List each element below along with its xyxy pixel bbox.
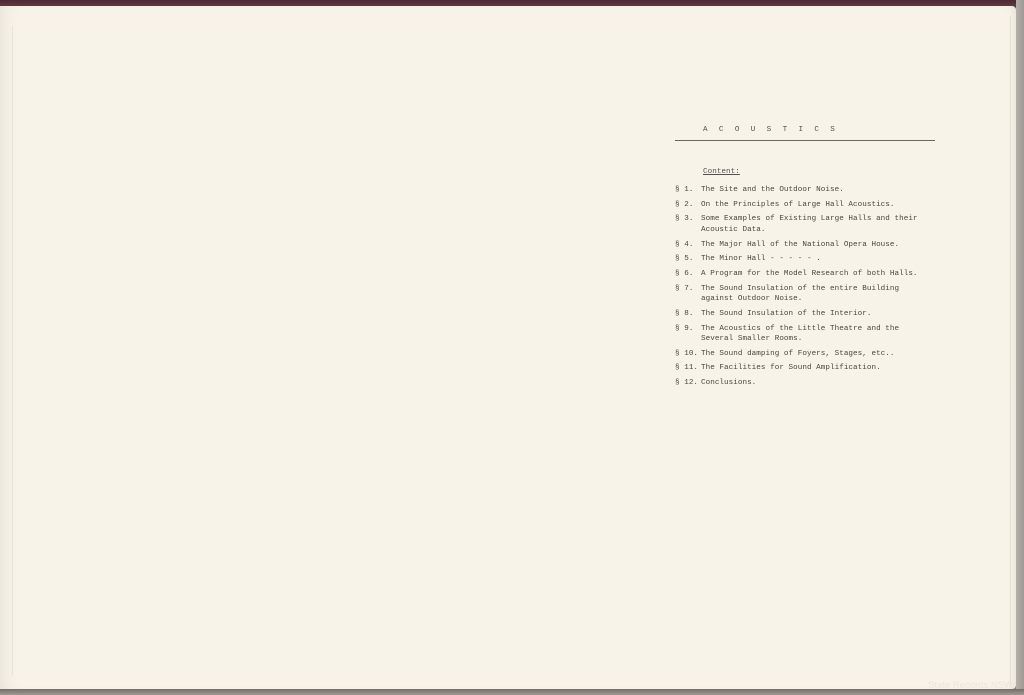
- toc-section-title: The Facilities for Sound Amplification.: [701, 363, 935, 374]
- toc-section-number: § 4.: [675, 240, 701, 251]
- toc-section-number: § 8.: [675, 309, 701, 320]
- toc-section-title: The Sound Insulation of the entire Build…: [701, 284, 935, 305]
- toc-section-title: The Acoustics of the Little Theatre and …: [701, 324, 935, 345]
- toc-item: § 8.The Sound Insulation of the Interior…: [675, 309, 935, 320]
- toc-item: § 11.The Facilities for Sound Amplificat…: [675, 363, 935, 374]
- toc-section-number: § 2.: [675, 200, 701, 211]
- toc-section-number: § 12.: [675, 378, 701, 389]
- toc-section-title: The Major Hall of the National Opera Hou…: [701, 240, 935, 251]
- toc-section-title: The Sound damping of Foyers, Stages, etc…: [701, 349, 935, 360]
- toc-section-number: § 1.: [675, 185, 701, 196]
- toc-item: § 3.Some Examples of Existing Large Hall…: [675, 214, 935, 235]
- toc-section-title: Some Examples of Existing Large Halls an…: [701, 214, 935, 235]
- toc-item: § 1.The Site and the Outdoor Noise.: [675, 185, 935, 196]
- page-fold-line: [12, 26, 13, 676]
- toc-section-number: § 6.: [675, 269, 701, 280]
- toc-item: § 10.The Sound damping of Foyers, Stages…: [675, 349, 935, 360]
- toc-section-number: § 11.: [675, 363, 701, 374]
- table-of-contents-block: A C O U S T I C S Content: § 1.The Site …: [675, 126, 935, 393]
- toc-section-title: The Site and the Outdoor Noise.: [701, 185, 935, 196]
- page-edge-right: [1016, 0, 1024, 695]
- toc-section-number: § 3.: [675, 214, 701, 235]
- toc-item: § 2.On the Principles of Large Hall Acou…: [675, 200, 935, 211]
- toc-item: § 5.The Minor Hall - - - - - .: [675, 254, 935, 265]
- toc-section-number: § 7.: [675, 284, 701, 305]
- binder-cover-bottom: [0, 689, 1024, 695]
- toc-section-title: On the Principles of Large Hall Acoustic…: [701, 200, 935, 211]
- document-heading: A C O U S T I C S: [675, 126, 935, 141]
- toc-item: § 9.The Acoustics of the Little Theatre …: [675, 324, 935, 345]
- document-page: A C O U S T I C S Content: § 1.The Site …: [0, 6, 1016, 689]
- toc-item: § 7.The Sound Insulation of the entire B…: [675, 284, 935, 305]
- toc-item: § 4.The Major Hall of the National Opera…: [675, 240, 935, 251]
- toc-section-title: Conclusions.: [701, 378, 935, 389]
- toc-section-number: § 9.: [675, 324, 701, 345]
- toc-section-number: § 5.: [675, 254, 701, 265]
- toc-item: § 12.Conclusions.: [675, 378, 935, 389]
- toc-section-title: The Sound Insulation of the Interior.: [701, 309, 935, 320]
- toc-list: § 1.The Site and the Outdoor Noise.§ 2.O…: [675, 185, 935, 389]
- toc-section-title: A Program for the Model Research of both…: [701, 269, 935, 280]
- toc-section-number: § 10.: [675, 349, 701, 360]
- toc-section-title: The Minor Hall - - - - - .: [701, 254, 935, 265]
- watermark: State Records NSW: [928, 680, 1013, 691]
- toc-item: § 6.A Program for the Model Research of …: [675, 269, 935, 280]
- page-edge-line: [1010, 16, 1011, 686]
- content-label: Content:: [703, 168, 740, 176]
